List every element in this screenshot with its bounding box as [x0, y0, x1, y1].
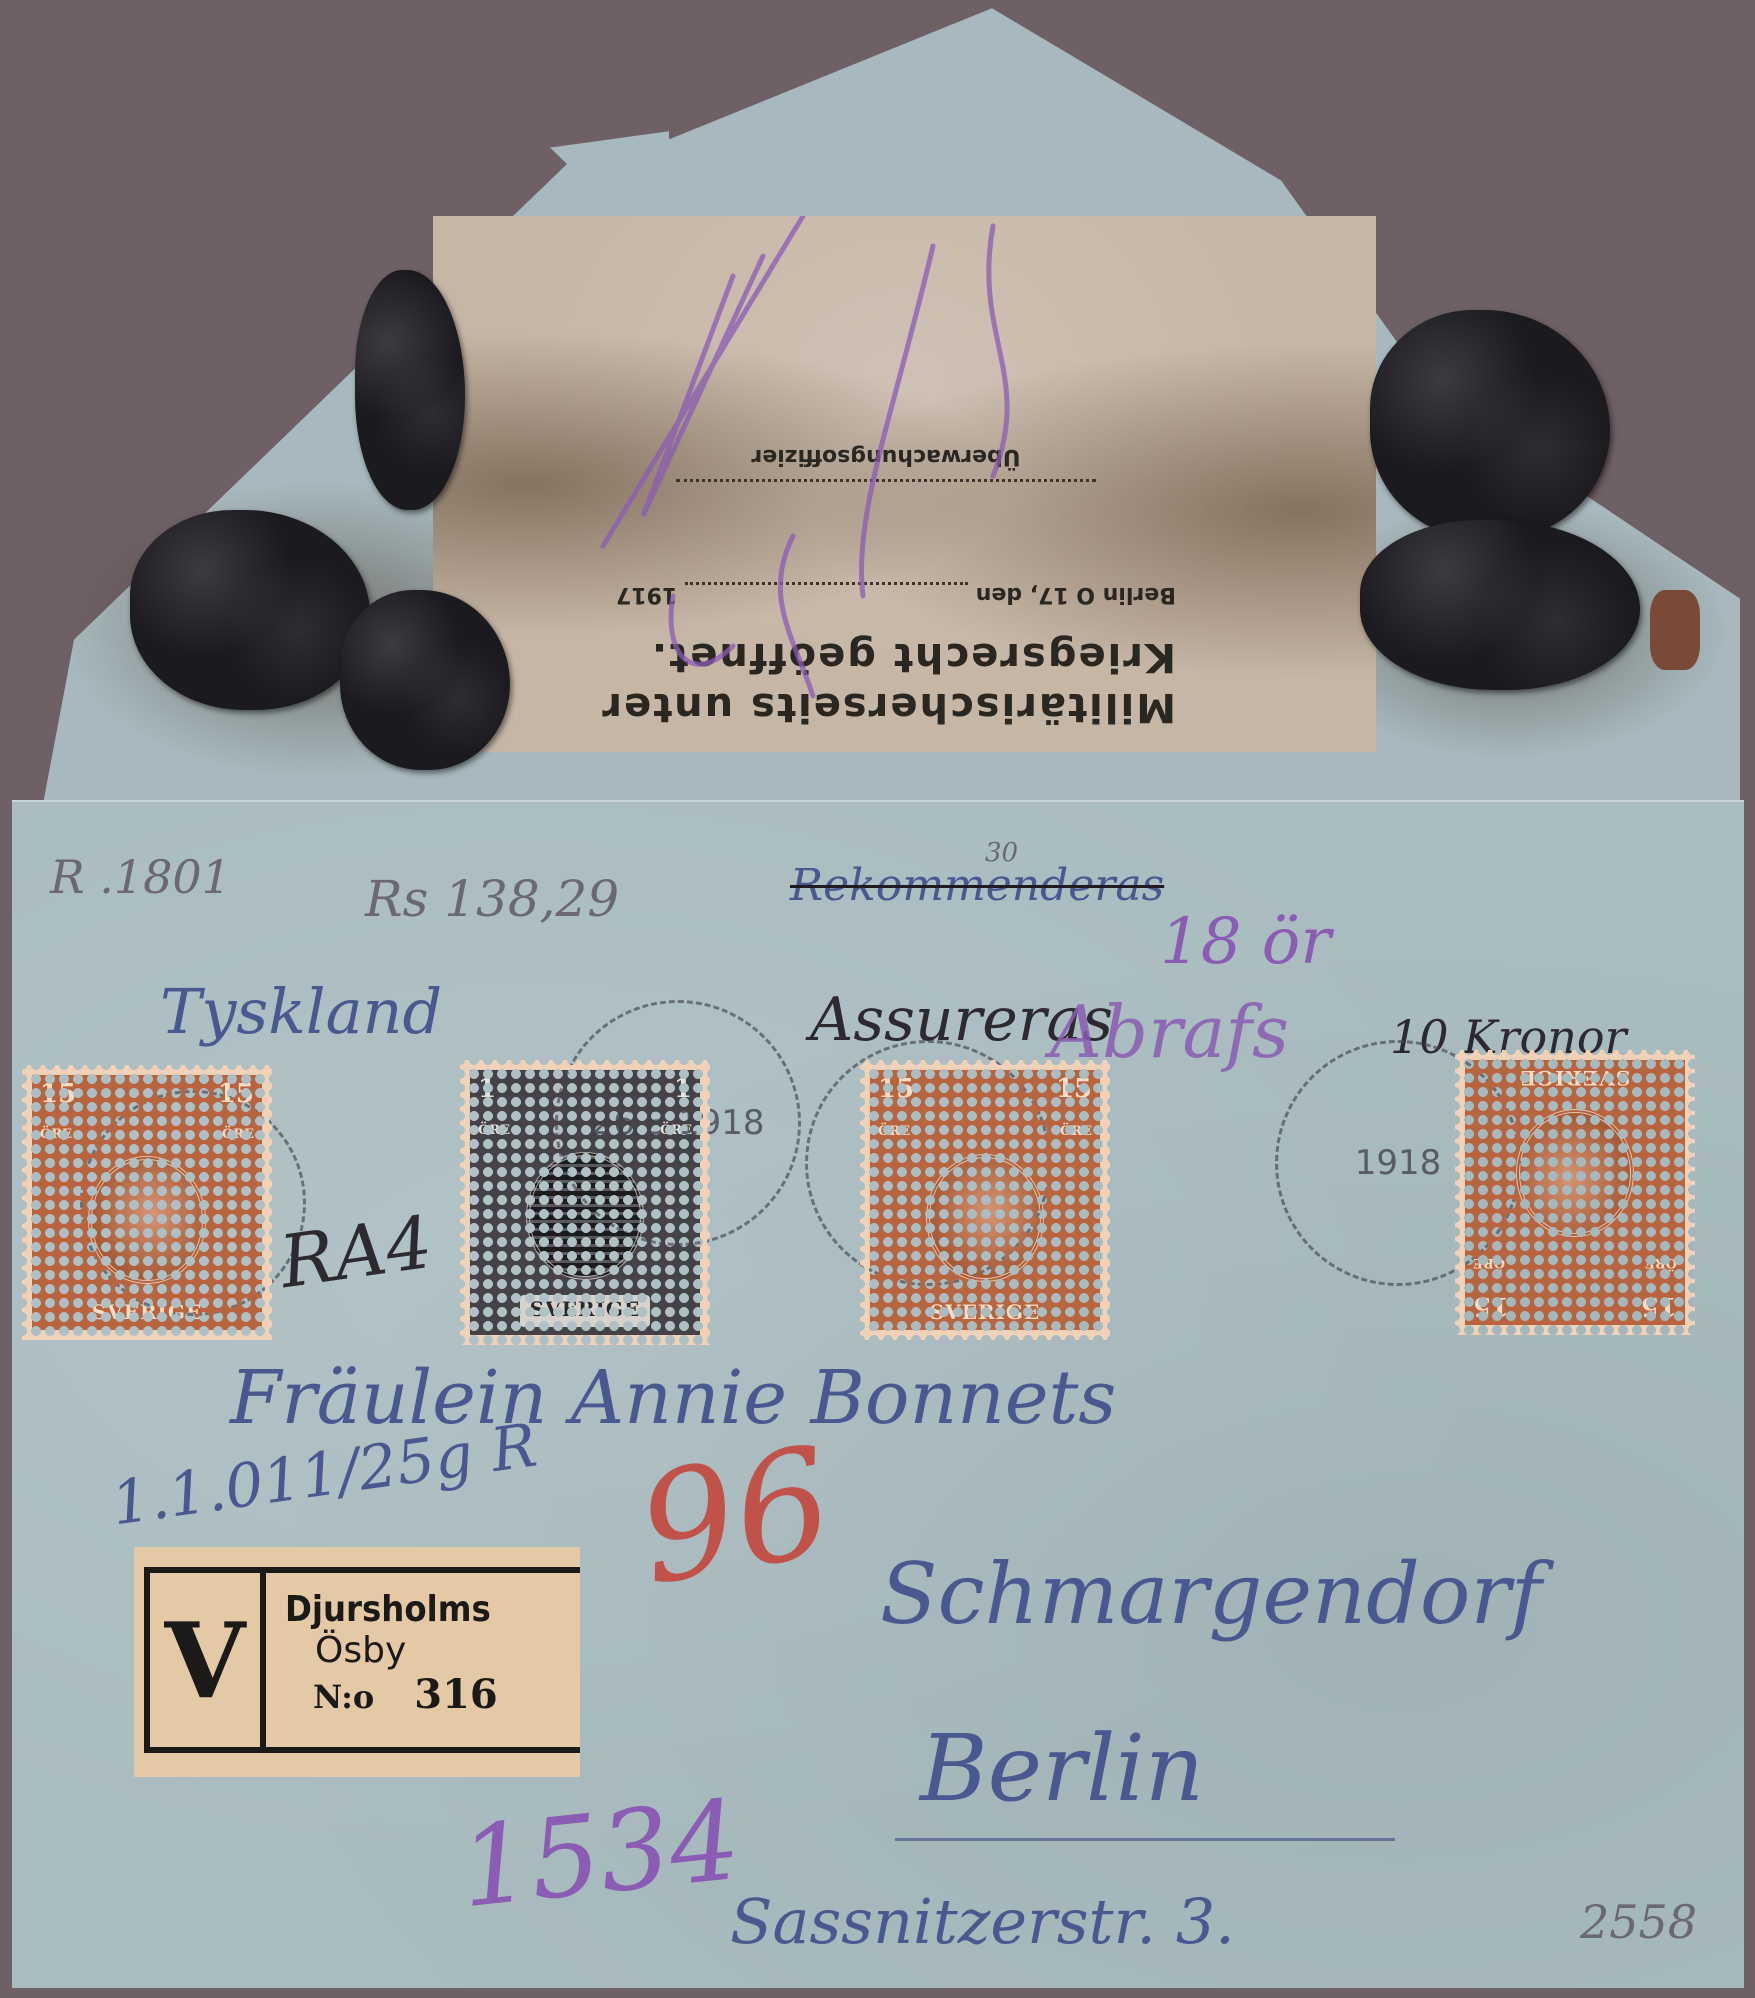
portrait-icon [1516, 1109, 1634, 1237]
violet-amount: 18 ör [1160, 905, 1331, 979]
stamp-15-ore-2: 1515 ÖREÖRE SVERIGE [860, 1060, 1110, 1340]
address-line-1: Fräulein Annie Bonnets [230, 1355, 1116, 1441]
wax-seal [1370, 310, 1610, 540]
registration-office: Djursholms Ösby N:o 316 [285, 1589, 498, 1718]
registration-letter: V [150, 1573, 266, 1747]
address-line-3: Berlin [920, 1715, 1204, 1822]
stamp-15-ore-inverted: 1515 ÖREÖRE SVERIGE [1455, 1050, 1695, 1335]
envelope-fold [12, 800, 1744, 802]
wax-fragment [1650, 590, 1700, 670]
registration-number-label: N:o [313, 1678, 374, 1716]
stamp-15-ore-1: 1515 ÖREÖRE SVERIGE [22, 1065, 272, 1340]
pencil-weight: Rs 138,29 [365, 870, 619, 928]
struck-registered: Rekommenderas [790, 860, 1164, 911]
destination-country: Tyskland [160, 975, 442, 1048]
red-mark: 96 [626, 1415, 844, 1620]
address-line-4: Sassnitzerstr. 3. [730, 1885, 1235, 1958]
portrait-icon [926, 1154, 1044, 1282]
censor-label: Militärischerseits unter Kriegsrecht geö… [433, 216, 1376, 752]
violet-signature-icon [433, 216, 1376, 752]
registration-number: 316 [414, 1671, 498, 1718]
pencil-reference: R .1801 [50, 850, 231, 904]
registration-office-line-1: Djursholms [285, 1589, 498, 1630]
registration-frame: V Djursholms Ösby N:o 316 [144, 1567, 580, 1753]
stamp-1-ore: 11 ÖREÖRE SVERIGE [460, 1060, 710, 1345]
address-underline [895, 1838, 1395, 1841]
registration-office-line-2: Ösby [315, 1630, 498, 1671]
three-crowns-icon [526, 1152, 644, 1280]
registration-label: V Djursholms Ösby N:o 316 [134, 1547, 580, 1777]
address-line-2: Schmargendorf [880, 1545, 1542, 1643]
portrait-icon [88, 1156, 206, 1284]
pencil-inventory: 2558 [1580, 1895, 1697, 1949]
